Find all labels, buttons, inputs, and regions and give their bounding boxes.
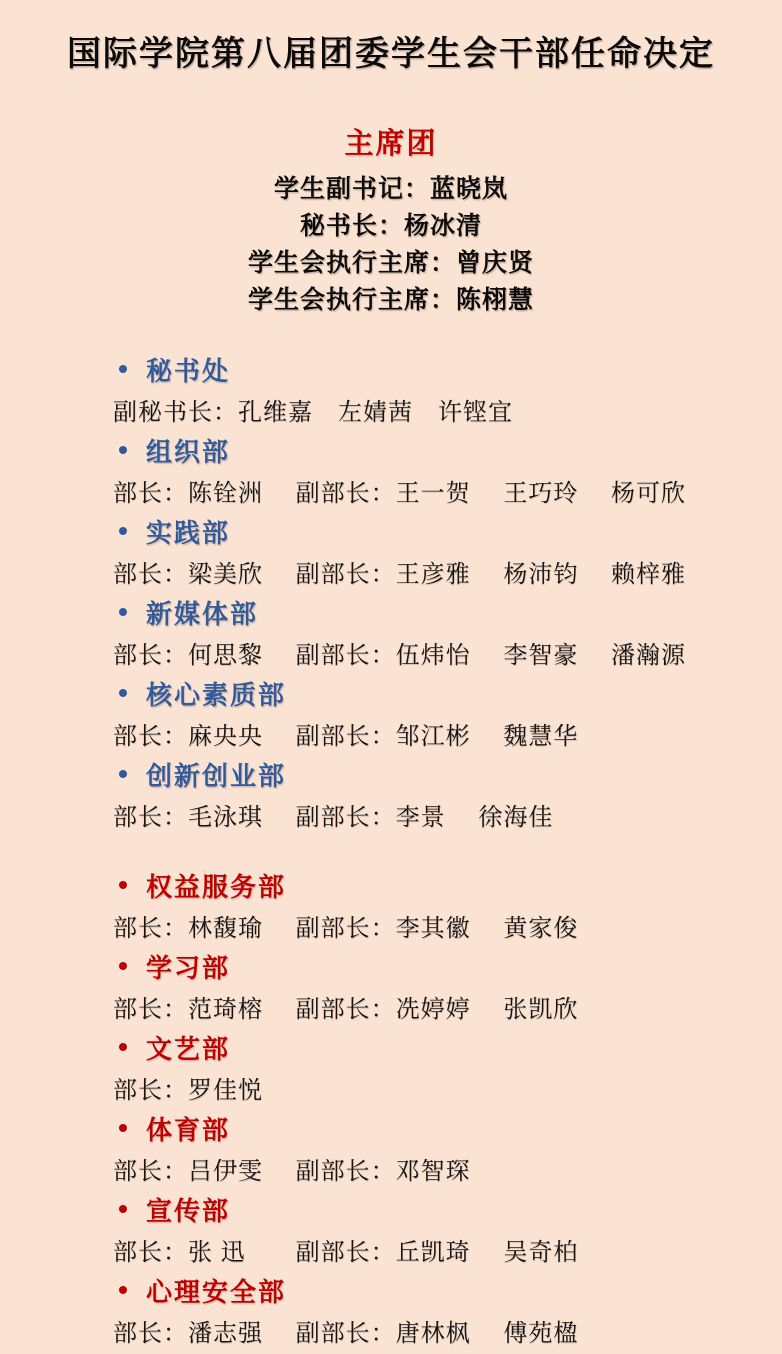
department-members: 部长：麻央央 副部长：邹江彬 魏慧华: [113, 713, 742, 754]
department-members: 部长：范琦榕 副部长：冼婷婷 张凯欣: [113, 986, 742, 1027]
department-members: 部长：何思黎 副部长：伍炜怡 李智豪 潘瀚源: [113, 632, 742, 673]
department-section: 心理安全部部长：潘志强 副部长：唐林枫 傅苑楹: [113, 1270, 742, 1351]
department-section: 秘书处副秘书长：孔维嘉 左婧茜 许铿宜: [113, 349, 742, 430]
bullet-icon: [119, 689, 127, 697]
department-members: 部长：吕伊雯 副部长：邓智琛: [113, 1148, 742, 1189]
department-name: 文艺部: [146, 1029, 230, 1066]
department-members: 部长：陈铨洲 副部长：王一贺 王巧玲 杨可欣: [113, 470, 742, 511]
bullet-icon: [119, 1043, 127, 1051]
department-name: 秘书处: [146, 351, 230, 388]
department-name: 核心素质部: [146, 675, 286, 712]
department-section: 实践部部长：梁美欣 副部长：王彦雅 杨沛钧 赖梓雅: [113, 511, 742, 592]
department-name: 新媒体部: [146, 594, 258, 631]
department-section: 文艺部部长：罗佳悦: [113, 1027, 742, 1108]
presidium-member: 学生会执行主席：陈栩慧: [0, 282, 782, 319]
presidium-member: 秘书长：杨冰清: [0, 208, 782, 245]
department-header: 核心素质部: [113, 673, 742, 713]
department-section: 创新创业部部长：毛泳琪 副部长：李景 徐海佳: [113, 754, 742, 835]
department-section: 权益服务部部长：林馥瑜 副部长：李其徽 黄家俊: [113, 865, 742, 946]
department-header: 新媒体部: [113, 592, 742, 632]
department-members: 部长：梁美欣 副部长：王彦雅 杨沛钧 赖梓雅: [113, 551, 742, 592]
department-name: 组织部: [146, 432, 230, 469]
announcement-page: 国际学院第八届团委学生会干部任命决定 主席团 学生副书记：蓝晓岚秘书长：杨冰清学…: [0, 0, 782, 1354]
department-section: 新媒体部部长：何思黎 副部长：伍炜怡 李智豪 潘瀚源: [113, 592, 742, 673]
department-name: 心理安全部: [146, 1272, 286, 1309]
department-header: 秘书处: [113, 349, 742, 389]
department-header: 宣传部: [113, 1189, 742, 1229]
bullet-icon: [119, 1286, 127, 1294]
bullet-icon: [119, 365, 127, 373]
department-list: 秘书处副秘书长：孔维嘉 左婧茜 许铿宜组织部部长：陈铨洲 副部长：王一贺 王巧玲…: [0, 349, 782, 1351]
bullet-icon: [119, 446, 127, 454]
department-members: 副秘书长：孔维嘉 左婧茜 许铿宜: [113, 389, 742, 430]
bullet-icon: [119, 1124, 127, 1132]
department-members: 部长：林馥瑜 副部长：李其徽 黄家俊: [113, 905, 742, 946]
bullet-icon: [119, 1205, 127, 1213]
department-header: 权益服务部: [113, 865, 742, 905]
department-members: 部长：罗佳悦: [113, 1067, 742, 1108]
bullet-icon: [119, 527, 127, 535]
department-section: 宣传部部长：张 迅 副部长：丘凯琦 吴奇柏: [113, 1189, 742, 1270]
department-members: 部长：潘志强 副部长：唐林枫 傅苑楹: [113, 1310, 742, 1351]
department-name: 实践部: [146, 513, 230, 550]
bullet-icon: [119, 962, 127, 970]
presidium-heading: 主席团: [0, 121, 782, 162]
department-header: 组织部: [113, 430, 742, 470]
department-section: 学习部部长：范琦榕 副部长：冼婷婷 张凯欣: [113, 946, 742, 1027]
department-header: 心理安全部: [113, 1270, 742, 1310]
department-header: 实践部: [113, 511, 742, 551]
bullet-icon: [119, 770, 127, 778]
department-header: 文艺部: [113, 1027, 742, 1067]
page-title: 国际学院第八届团委学生会干部任命决定: [0, 0, 782, 75]
presidium-member: 学生副书记：蓝晓岚: [0, 171, 782, 208]
department-header: 创新创业部: [113, 754, 742, 794]
department-members: 部长：张 迅 副部长：丘凯琦 吴奇柏: [113, 1229, 742, 1270]
presidium-member: 学生会执行主席：曾庆贤: [0, 245, 782, 282]
department-section: 体育部部长：吕伊雯 副部长：邓智琛: [113, 1108, 742, 1189]
presidium-section: 主席团 学生副书记：蓝晓岚秘书长：杨冰清学生会执行主席：曾庆贤学生会执行主席：陈…: [0, 121, 782, 319]
department-name: 创新创业部: [146, 756, 286, 793]
department-name: 体育部: [146, 1110, 230, 1147]
department-name: 权益服务部: [146, 867, 286, 904]
department-header: 学习部: [113, 946, 742, 986]
presidium-member-list: 学生副书记：蓝晓岚秘书长：杨冰清学生会执行主席：曾庆贤学生会执行主席：陈栩慧: [0, 171, 782, 319]
department-section: 核心素质部部长：麻央央 副部长：邹江彬 魏慧华: [113, 673, 742, 754]
department-name: 学习部: [146, 948, 230, 985]
department-section: 组织部部长：陈铨洲 副部长：王一贺 王巧玲 杨可欣: [113, 430, 742, 511]
bullet-icon: [119, 881, 127, 889]
bullet-icon: [119, 608, 127, 616]
department-header: 体育部: [113, 1108, 742, 1148]
department-name: 宣传部: [146, 1191, 230, 1228]
department-members: 部长：毛泳琪 副部长：李景 徐海佳: [113, 794, 742, 835]
